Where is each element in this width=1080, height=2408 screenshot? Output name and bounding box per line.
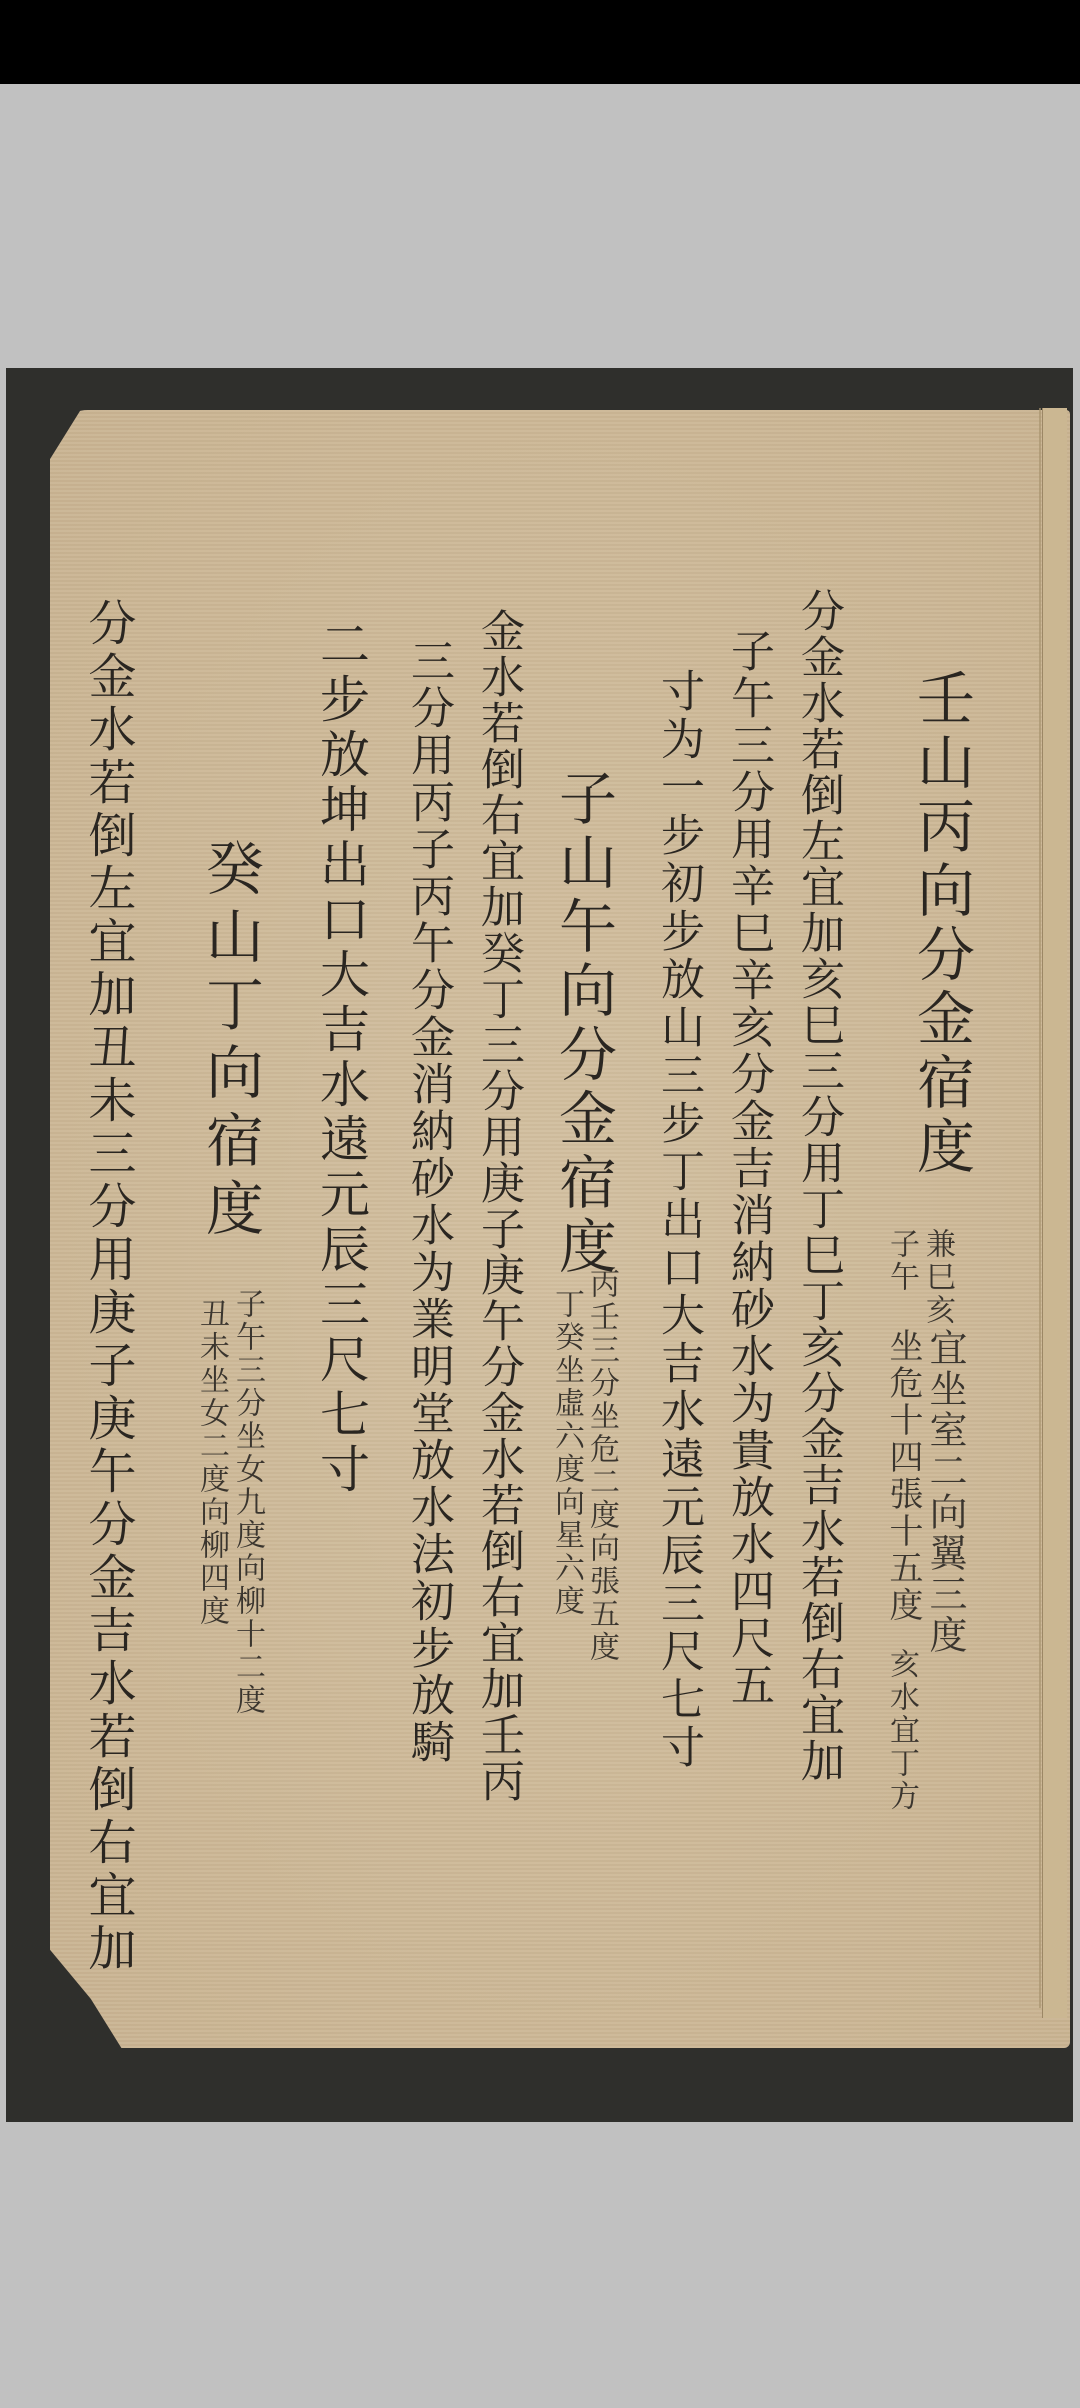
column-8-text: 二步放坤出口大吉水遠元辰三尺七寸	[316, 618, 366, 1498]
column-5-heading: 子山午向分金宿度	[554, 768, 612, 1280]
page-fold	[1039, 408, 1041, 2008]
column-6-text: 金水若倒右宜加癸丁三分用庚子庚午分金水若倒右宜加壬丙	[476, 608, 520, 1804]
document-viewer[interactable]: 壬山丙向分金宿度 兼巳亥 子午 宜坐室二向翼三度 坐危十四張十五度 亥水宜丁方 …	[6, 368, 1073, 2122]
column-1-notes: 兼巳亥 子午	[886, 1228, 952, 1327]
note-1a: 兼巳亥	[922, 1228, 952, 1327]
note-9-left: 丑未坐女二度向柳四度	[196, 1298, 226, 1628]
column-2-text: 分金水若倒左宜加亥巳三分用丁巳丁亥分金吉水若倒右宜加	[796, 588, 840, 1784]
column-10-text: 分金水若倒左宜加丑未三分用庚子庚午分金吉水若倒右宜加	[84, 598, 132, 1976]
column-9-heading: 癸山丁向宿度	[201, 838, 259, 1246]
column-3-text: 子午三分用辛巳辛亥分金吉消納砂水为貴放水四尺五	[726, 628, 770, 1709]
note-1-left: 坐危十四張十五度	[886, 1328, 920, 1624]
note-1-right: 宜坐室二向翼三度	[926, 1328, 964, 1656]
note-1-tail: 亥水宜丁方	[886, 1648, 916, 1813]
note-5-left: 丁癸坐虛六度向星六度	[551, 1288, 581, 1618]
status-bar	[0, 0, 1080, 84]
note-9-right: 子午三分坐女九度向柳十二度	[232, 1288, 262, 1717]
column-7-text: 三分用丙子丙午分金消納砂水为業明堂放水法初步放騎	[406, 638, 450, 1766]
page-spine	[1042, 408, 1067, 2018]
column-4-text: 寸为一步初步放山三步丁出口大吉水遠元辰三尺七寸	[656, 668, 700, 1772]
note-1b: 子午	[886, 1228, 916, 1327]
column-1-heading: 壬山丙向分金宿度	[912, 668, 970, 1180]
note-5-right: 丙壬三分坐危二度向張五度	[586, 1268, 616, 1664]
